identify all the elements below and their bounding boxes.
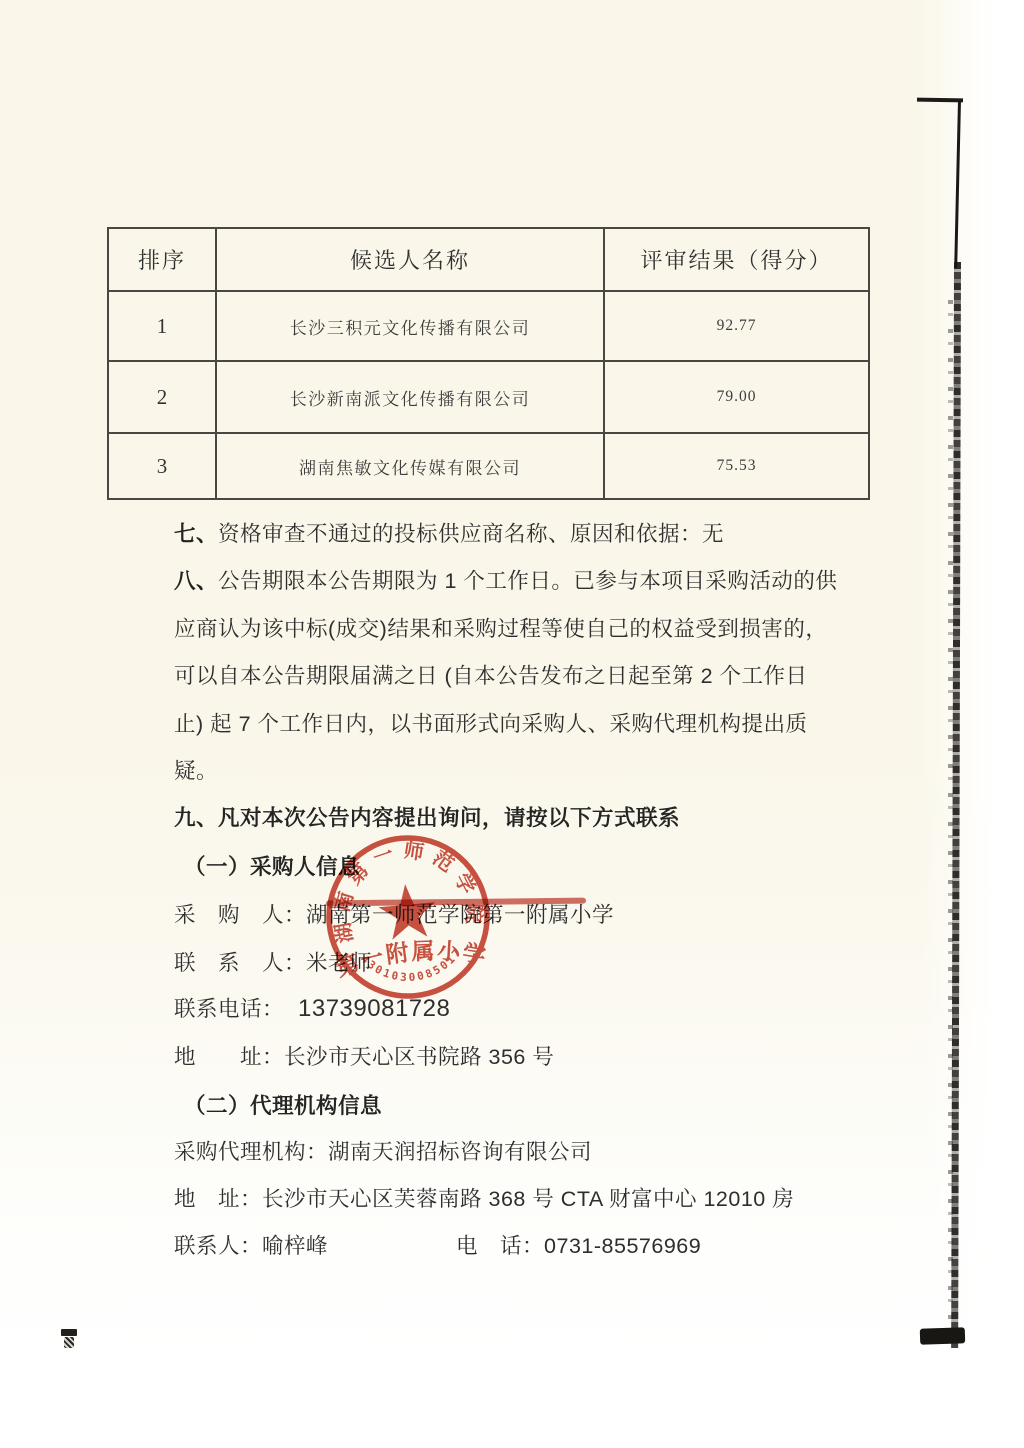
agency-row: 联系人：喻梓峰电 话：0731-85576969	[174, 1229, 701, 1260]
field-value: 湖南天润招标咨询有限公司	[328, 1140, 592, 1164]
section-eight-line-5: 疑。	[174, 754, 218, 785]
field-label: 采购代理机构：	[174, 1140, 328, 1164]
table-row: 1 长沙三积元文化传播有限公司 92.77	[108, 291, 869, 361]
scan-edge-top-segment	[917, 98, 963, 103]
scanned-document-page: 排序 候选人名称 评审结果（得分） 1 长沙三积元文化传播有限公司 92.77 …	[0, 0, 1024, 1448]
bottom-left-ink-blob	[64, 1337, 74, 1348]
scan-edge-upper-line	[954, 100, 961, 268]
header-score: 评审结果（得分）	[604, 228, 869, 291]
section-eight-marker: 八、	[174, 569, 218, 593]
field-value: 喻梓峰	[262, 1234, 328, 1258]
field-value: 0731-85576969	[544, 1234, 701, 1258]
rank-cell: 3	[108, 433, 216, 499]
rank-cell: 1	[108, 291, 216, 361]
score-cell: 92.77	[604, 291, 869, 361]
candidate-name-cell: 长沙新南派文化传播有限公司	[216, 361, 604, 433]
evaluation-result-table: 排序 候选人名称 评审结果（得分） 1 长沙三积元文化传播有限公司 92.77 …	[107, 227, 870, 500]
scan-edge-bottom-blob	[920, 1327, 966, 1345]
table-header-row: 排序 候选人名称 评审结果（得分）	[108, 228, 869, 291]
field-value: 长沙市天心区书院路 356 号	[284, 1045, 554, 1069]
section-eight-line-4: 止) 起 7 个工作日内，以书面形式向采购人、采购代理机构提出质	[174, 707, 808, 738]
table-row: 3 湖南焦敏文化传媒有限公司 75.53	[108, 433, 869, 499]
field-label: 联 系 人：	[174, 951, 306, 975]
header-rank: 排序	[108, 228, 216, 291]
field-label: 地 址：	[174, 1187, 262, 1211]
section-seven-marker: 七、	[174, 522, 218, 546]
agency-row: 地 址：长沙市天心区芙蓉南路 368 号 CTA 财富中心 12010 房	[174, 1182, 794, 1213]
purchaser-row: 地 址：长沙市天心区书院路 356 号	[174, 1040, 554, 1071]
section-eight-line-2: 应商认为该中标(成交)结果和采购过程等使自己的权益受到损害的，	[174, 612, 827, 643]
candidate-name-cell: 湖南焦敏文化传媒有限公司	[216, 433, 604, 499]
official-seal-stamp: 湖南第一师范学院 第一附属小学 4301030085017	[305, 814, 511, 1020]
header-candidate-name: 候选人名称	[216, 228, 604, 291]
section-eight-text-1: 公告期限本公告期限为 1 个工作日。已参与本项目采购活动的供	[218, 569, 837, 593]
agency-row: 采购代理机构：湖南天润招标咨询有限公司	[174, 1135, 592, 1166]
rank-cell: 2	[108, 361, 216, 433]
section-eight-line-1: 八、公告期限本公告期限为 1 个工作日。已参与本项目采购活动的供	[174, 564, 837, 595]
score-cell: 79.00	[604, 361, 869, 433]
candidate-name-cell: 长沙三积元文化传播有限公司	[216, 291, 604, 361]
section-seven-line: 七、资格审查不通过的投标供应商名称、原因和依据：无	[174, 517, 724, 548]
table-row: 2 长沙新南派文化传播有限公司 79.00	[108, 361, 869, 433]
field-value: 长沙市天心区芙蓉南路 368 号 CTA 财富中心 12010 房	[262, 1187, 794, 1211]
seal-star-icon	[377, 882, 439, 941]
section-eight-line-3: 可以自本公告期限届满之日 (自本公告发布之日起至第 2 个工作日	[174, 659, 808, 690]
bottom-left-ink-mark	[61, 1329, 77, 1336]
section-seven-text: 资格审查不通过的投标供应商名称、原因和依据：无	[218, 522, 724, 546]
field-label: 地 址：	[174, 1045, 284, 1069]
agency-heading: （二）代理机构信息	[184, 1089, 382, 1120]
score-cell: 75.53	[604, 433, 869, 499]
scan-edge-speckle	[948, 300, 953, 1340]
field-label: 电 话：	[456, 1234, 544, 1258]
section-nine-marker: 九、	[174, 806, 218, 830]
field-label: 联系电话：	[174, 997, 284, 1021]
field-label: 联系人：	[174, 1234, 262, 1258]
field-label: 采 购 人：	[174, 903, 306, 927]
